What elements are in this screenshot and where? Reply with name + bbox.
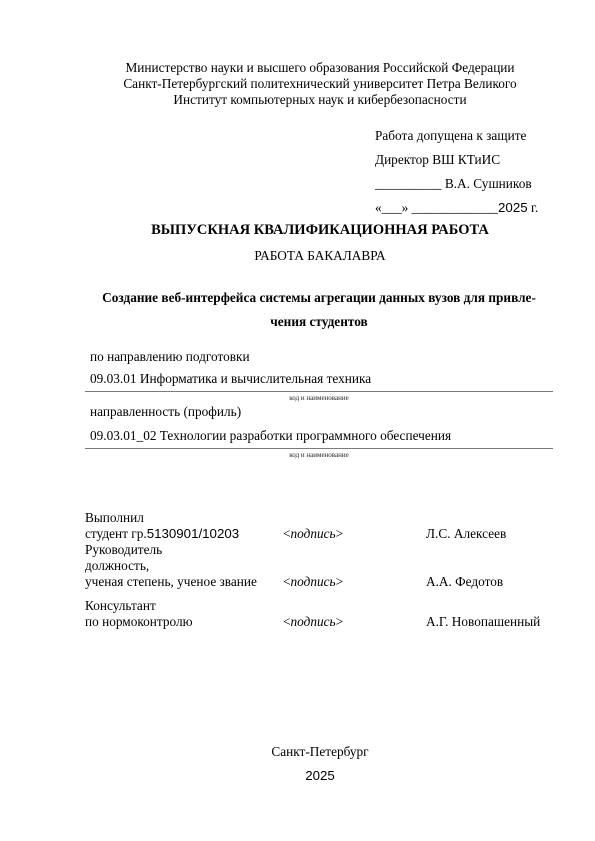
student-name: Л.С. Алексеев [426, 526, 506, 542]
signature-blank: __________ [375, 176, 441, 191]
profile-caption: код и наименование [85, 451, 553, 459]
consultant-role-label: Консультант [85, 598, 156, 614]
date-suffix: г. [531, 200, 538, 215]
approval-signature-row: __________ В.А. Сушников [375, 172, 538, 196]
approval-date-row: «___» _____________2025 г. [375, 196, 538, 220]
date-day-blank: ___ [382, 200, 402, 215]
student-signature-placeholder: <подпись> [283, 526, 343, 542]
footer-year: 2025 [0, 768, 595, 784]
placeholder-close: > [336, 526, 344, 541]
placeholder-text: подпись [291, 614, 336, 629]
director-name: В.А. Сушников [445, 176, 532, 191]
thesis-title-line-2: чения студентов [85, 310, 553, 334]
supervisor-signature-placeholder: <подпись> [283, 574, 343, 590]
ministry-name: Министерство науки и высшего образования… [0, 60, 595, 76]
direction-value: 09.03.01 Информатика и вычислительная те… [90, 371, 371, 387]
student-group-prefix: студент гр. [85, 526, 147, 541]
direction-label: по направлению подготовки [90, 349, 250, 365]
approval-block: Работа допущена к защите Директор ВШ КТи… [375, 124, 538, 220]
placeholder-text: подпись [291, 574, 336, 589]
thesis-title: Создание веб-интерфейса системы агрегаци… [85, 286, 553, 334]
university-name: Санкт-Петербургский политехнический унив… [0, 76, 595, 92]
student-group-line: студент гр.5130901/10203 [85, 526, 239, 542]
consultant-area-label: по нормоконтролю [85, 614, 193, 630]
date-open-quote: « [375, 200, 382, 215]
consultant-signature-placeholder: <подпись> [283, 614, 343, 630]
institute-name: Институт компьютерных наук и кибербезопа… [0, 92, 595, 108]
direction-underline [85, 391, 553, 392]
consultant-name: А.Г. Новопашенный [426, 614, 540, 630]
placeholder-close: > [336, 614, 344, 629]
date-year: 2025 [498, 200, 528, 215]
placeholder-open: < [283, 526, 291, 541]
approval-admitted: Работа допущена к защите [375, 124, 538, 148]
profile-value: 09.03.01_02 Технологии разработки програ… [90, 428, 451, 444]
placeholder-open: < [283, 614, 291, 629]
supervisor-degree-label: ученая степень, ученое звание [85, 574, 257, 590]
supervisor-position-label: должность, [85, 558, 149, 574]
thesis-title-line-1: Создание веб-интерфейса системы агрегаци… [85, 286, 553, 310]
placeholder-close: > [336, 574, 344, 589]
student-group-number: 5130901/10203 [147, 526, 239, 541]
date-month-blank: _____________ [412, 200, 498, 215]
supervisor-role-label: Руководитель [85, 542, 162, 558]
profile-underline [85, 448, 553, 449]
institution-header: Министерство науки и высшего образования… [0, 60, 595, 108]
placeholder-text: подпись [291, 526, 336, 541]
supervisor-name: А.А. Федотов [426, 574, 503, 590]
document-type-title: ВЫПУСКНАЯ КВАЛИФИКАЦИОННАЯ РАБОТА [0, 220, 595, 240]
student-role-label: Выполнил [85, 510, 144, 526]
direction-caption: код и наименование [85, 394, 553, 402]
approval-position: Директор ВШ КТиИС [375, 148, 538, 172]
date-close-quote: » [402, 200, 409, 215]
footer-city: Санкт-Петербург [0, 744, 595, 760]
profile-label: направленность (профиль) [90, 404, 241, 420]
placeholder-open: < [283, 574, 291, 589]
document-subtype: РАБОТА БАКАЛАВРА [0, 246, 595, 266]
